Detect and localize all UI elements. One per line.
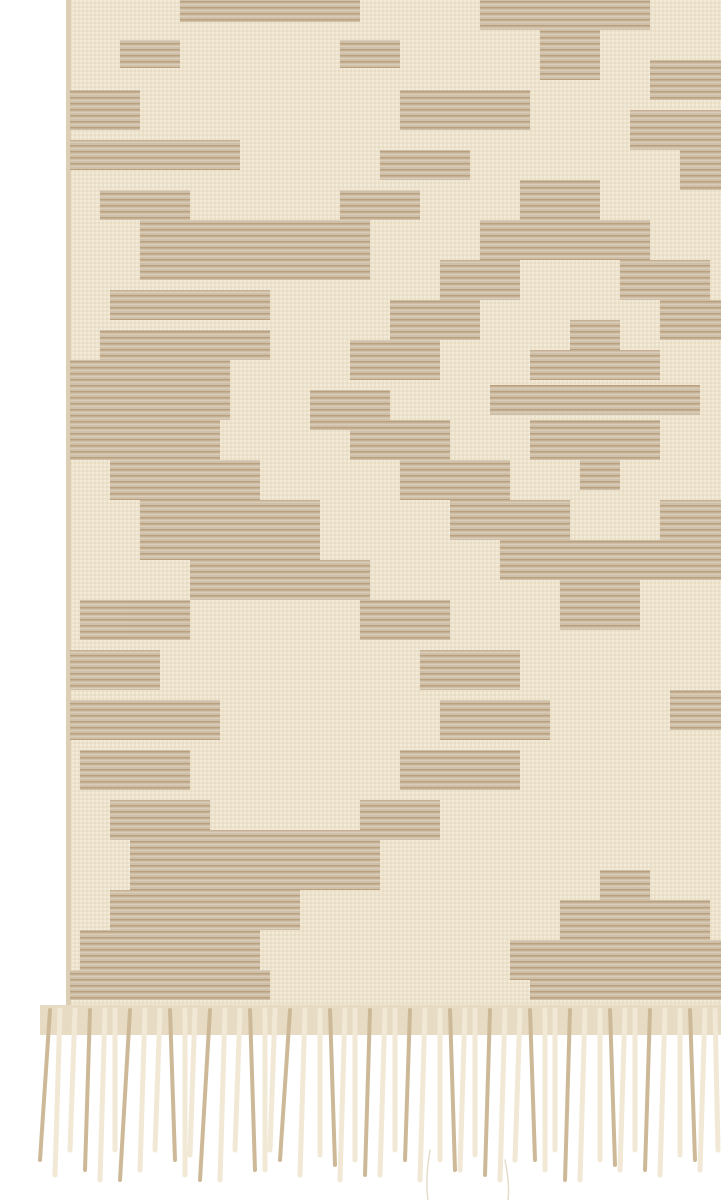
fringe	[40, 1005, 721, 1200]
rug-photo: Woven kilim rug with geometric stepped-d…	[0, 0, 721, 1200]
rug-illustration	[0, 0, 721, 1200]
